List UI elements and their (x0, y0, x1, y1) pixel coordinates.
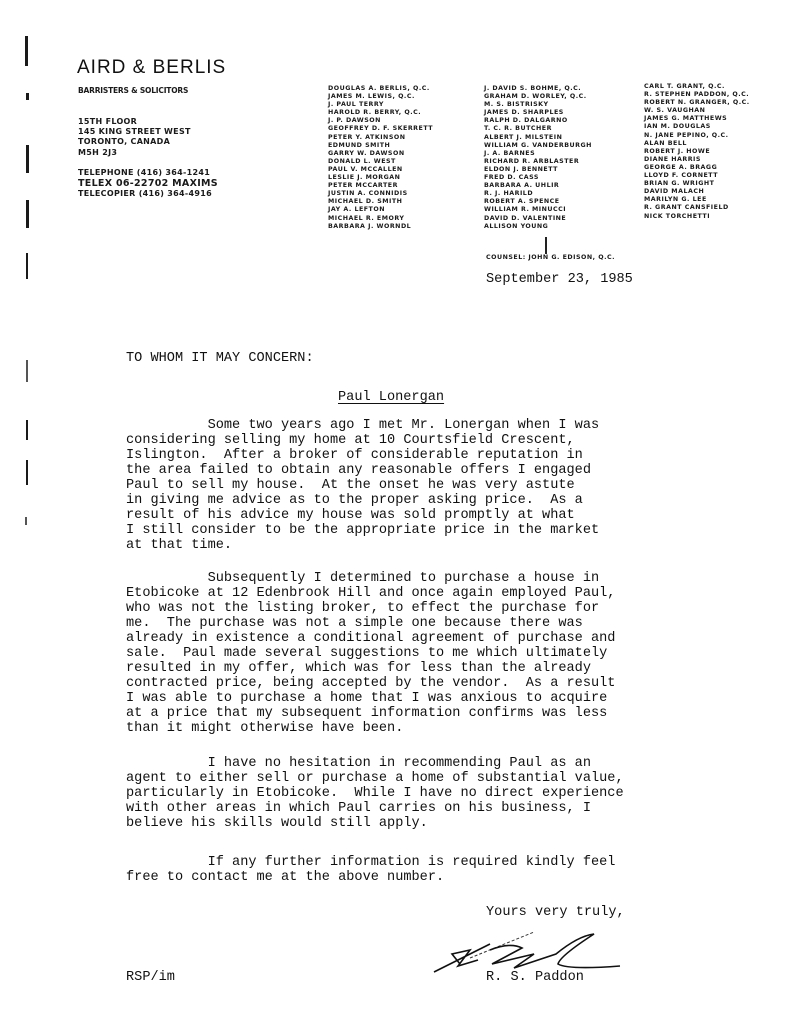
scan-mark (25, 36, 28, 66)
scan-mark (26, 93, 29, 100)
firm-subtitle: BARRISTERS & SOLICITORS (78, 86, 188, 95)
telephone: TELEPHONE (416) 364-1241 (78, 168, 218, 179)
firm-address: 15TH FLOOR 145 KING STREET WEST TORONTO,… (78, 117, 191, 158)
scan-mark (26, 253, 28, 279)
salutation: TO WHOM IT MAY CONCERN: (126, 351, 314, 366)
scan-mark (26, 145, 29, 173)
signature-icon (430, 920, 650, 980)
scan-mark (25, 517, 27, 525)
divider-mark (545, 237, 547, 254)
address-line: 145 KING STREET WEST (78, 127, 191, 137)
address-line: TORONTO, CANADA (78, 137, 191, 147)
address-line: 15TH FLOOR (78, 117, 191, 127)
letter-date: September 23, 1985 (486, 272, 633, 287)
firm-name: AIRD & BERLIS (77, 57, 226, 79)
closing: Yours very truly, (486, 905, 625, 920)
address-line: M5H 2J3 (78, 148, 191, 158)
paragraph: Some two years ago I met Mr. Lonergan wh… (126, 418, 599, 553)
counsel: COUNSEL: JOHN G. EDISON, Q.C. (486, 254, 615, 261)
paragraph: Subsequently I determined to purchase a … (126, 571, 615, 736)
telex: TELEX 06-22702 MAXIMS (78, 179, 218, 190)
scan-mark (26, 200, 29, 228)
paragraph: I have no hesitation in recommending Pau… (126, 756, 624, 831)
paragraph: If any further information is required k… (126, 855, 615, 885)
partners-column-3: CARL T. GRANT, Q.C. R. STEPHEN PADDON, Q… (644, 83, 750, 221)
subject-line: Paul Lonergan (338, 390, 444, 405)
partners-column-1: DOUGLAS A. BERLIS, Q.C. JAMES M. LEWIS, … (328, 85, 433, 231)
reference-initials: RSP/im (126, 970, 175, 985)
scan-mark (26, 360, 28, 382)
partners-column-2: J. DAVID S. BOHME, Q.C. GRAHAM D. WORLEY… (484, 85, 592, 231)
scan-mark (26, 460, 28, 485)
telecopier: TELECOPIER (416) 364-4916 (78, 189, 218, 200)
firm-contact: TELEPHONE (416) 364-1241 TELEX 06-22702 … (78, 168, 218, 200)
scan-mark (26, 420, 28, 440)
